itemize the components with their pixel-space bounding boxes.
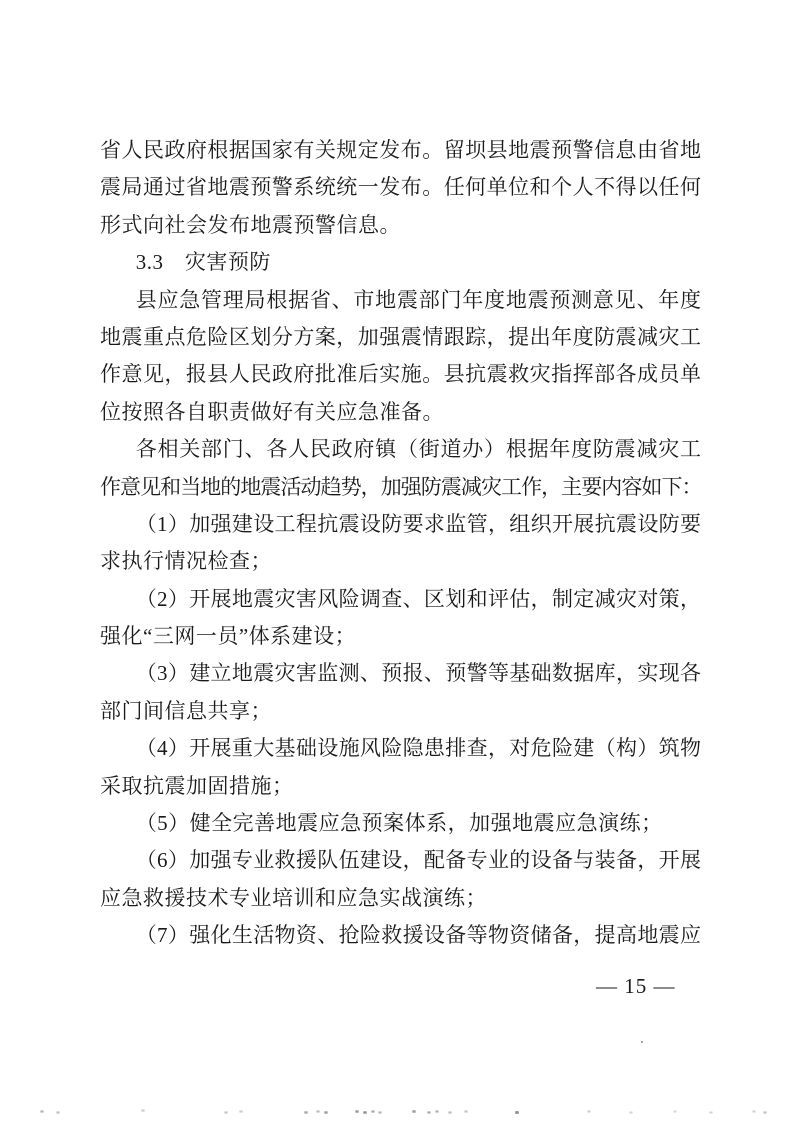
list-item-3: （3）建立地震灾害监测、预报、预警等基础数据库，实现各 xyxy=(100,655,701,692)
page-number: — 15 — xyxy=(596,972,676,1000)
text-line: 部门间信息共享； xyxy=(100,693,701,730)
text-line: 作意见和当地的地震活动趋势，加强防震减灾工作，主要内容如下： xyxy=(100,469,701,506)
scan-noise-strip xyxy=(0,0,2,1)
text-line: 强化“三网一员”体系建设； xyxy=(100,618,701,655)
text-line: 作意见，报县人民政府批准后实施。县抗震救灾指挥部各成员单 xyxy=(100,356,701,393)
document-page: 省人民政府根据国家有关规定发布。留坝县地震预警信息由省地 震局通过省地震预警系统… xyxy=(0,0,793,1123)
list-item-2: （2）开展地震灾害风险调查、区划和评估，制定减灾对策， xyxy=(100,581,701,618)
scan-artifact xyxy=(641,1041,643,1043)
list-item-6: （6）加强专业救援队伍建设，配备专业的设备与装备，开展 xyxy=(100,842,701,879)
text-line: 地震重点危险区划分方案，加强震情跟踪，提出年度防震减灾工 xyxy=(100,319,701,356)
text-line: 应急救援技术专业培训和应急实战演练； xyxy=(100,880,701,917)
text-line: 求执行情况检查； xyxy=(100,543,701,580)
list-item-5: （5）健全完善地震应急预案体系，加强地震应急演练； xyxy=(100,805,701,842)
list-item-7: （7）强化生活物资、抢险救援设备等物资储备，提高地震应 xyxy=(100,917,701,954)
text-line: 各相关部门、各人民政府镇（街道办）根据年度防震减灾工 xyxy=(100,431,701,468)
text-content: 省人民政府根据国家有关规定发布。留坝县地震预警信息由省地 震局通过省地震预警系统… xyxy=(100,132,701,955)
list-item-1: （1）加强建设工程抗震设防要求监管，组织开展抗震设防要 xyxy=(100,506,701,543)
text-line: 位按照各自职责做好有关应急准备。 xyxy=(100,394,701,431)
list-item-4: （4）开展重大基础设施风险隐患排查，对危险建（构）筑物 xyxy=(100,730,701,767)
text-line: 震局通过省地震预警系统统一发布。任何单位和个人不得以任何 xyxy=(100,169,701,206)
text-line: 形式向社会发布地震预警信息。 xyxy=(100,207,701,244)
text-line: 县应急管理局根据省、市地震部门年度地震预测意见、年度 xyxy=(100,282,701,319)
text-line: 采取抗震加固措施； xyxy=(100,768,701,805)
text-line: 省人民政府根据国家有关规定发布。留坝县地震预警信息由省地 xyxy=(100,132,701,169)
section-heading: 3.3 灾害预防 xyxy=(100,244,701,281)
